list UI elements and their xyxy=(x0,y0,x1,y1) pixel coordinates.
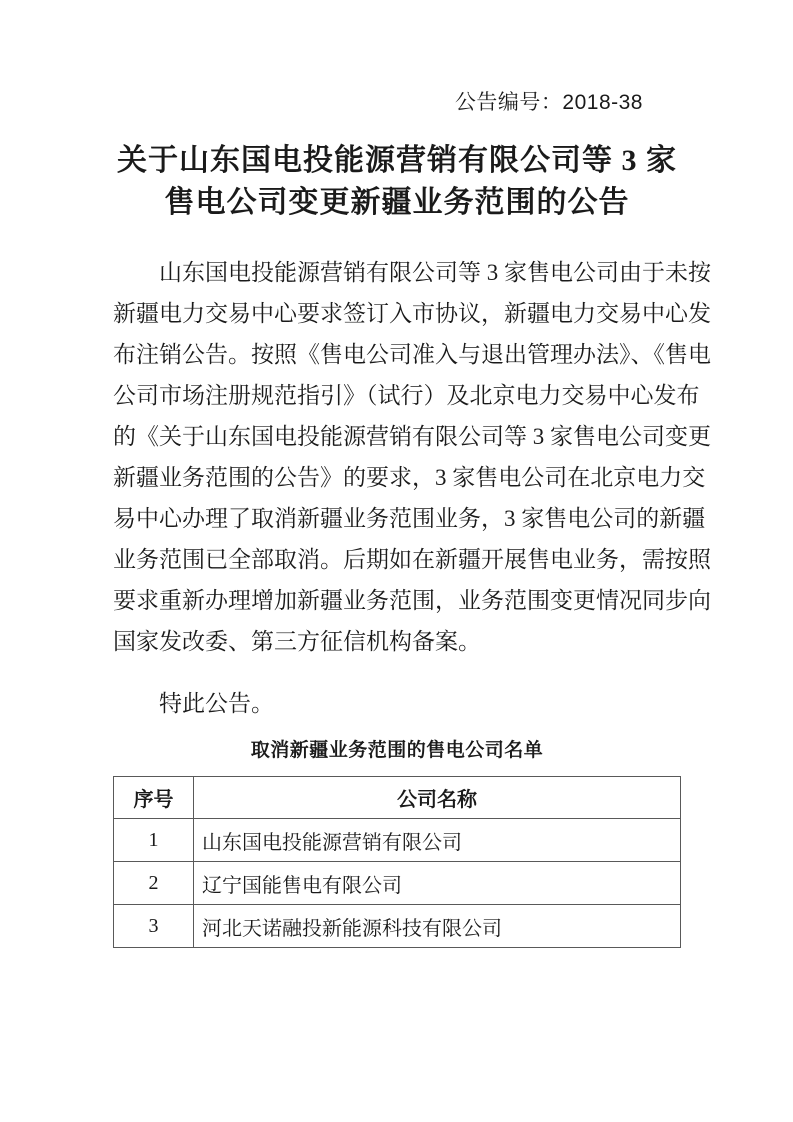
body-line: 易中心办理了取消新疆业务范围业务，3 家售电公司的新疆 xyxy=(113,498,681,539)
body-line: 公司市场注册规范指引》（试行）及北京电力交易中心发布 xyxy=(113,375,681,416)
header-cell-number: 序号 xyxy=(114,777,194,819)
body-line: 要求重新办理增加新疆业务范围，业务范围变更情况同步向 xyxy=(113,580,681,621)
table-row: 1山东国电投能源营销有限公司 xyxy=(114,819,681,862)
row-number-cell: 1 xyxy=(114,819,194,862)
announcement-page: 公告编号：2018-38 关于山东国电投能源营销有限公司等 3 家 售电公司变更… xyxy=(0,0,793,1122)
row-number-cell: 2 xyxy=(114,862,194,905)
page-title-line-1: 关于山东国电投能源营销有限公司等 3 家 xyxy=(113,140,681,182)
company-name-cell: 辽宁国能售电有限公司 xyxy=(194,862,681,905)
table-caption: 取消新疆业务范围的售电公司名单 xyxy=(113,738,681,764)
header-cell-company-name: 公司名称 xyxy=(194,777,681,819)
body-line: 的《关于山东国电投能源营销有限公司等 3 家售电公司变更 xyxy=(113,416,681,457)
company-table: 序号 公司名称 1山东国电投能源营销有限公司2辽宁国能售电有限公司3河北天诺融投… xyxy=(113,776,681,948)
row-number-cell: 3 xyxy=(114,905,194,948)
body-line: 新疆业务范围的公告》的要求，3 家售电公司在北京电力交 xyxy=(113,457,681,498)
page-title-line-2: 售电公司变更新疆业务范围的公告 xyxy=(113,182,681,224)
table-header-row: 序号 公司名称 xyxy=(114,777,681,819)
doc-number: 公告编号：2018-38 xyxy=(113,88,681,118)
table-row: 2辽宁国能售电有限公司 xyxy=(114,862,681,905)
closing-line: 特此公告。 xyxy=(113,683,681,724)
company-table-body: 1山东国电投能源营销有限公司2辽宁国能售电有限公司3河北天诺融投新能源科技有限公… xyxy=(114,819,681,948)
company-table-head: 序号 公司名称 xyxy=(114,777,681,819)
body-line: 山东国电投能源营销有限公司等 3 家售电公司由于未按 xyxy=(113,252,681,293)
body-line: 布注销公告。按照《售电公司准入与退出管理办法》、《售电 xyxy=(113,334,681,375)
body-line: 新疆电力交易中心要求签订入市协议，新疆电力交易中心发 xyxy=(113,293,681,334)
body-line: 国家发改委、第三方征信机构备案。 xyxy=(113,621,681,662)
company-name-cell: 河北天诺融投新能源科技有限公司 xyxy=(194,905,681,948)
page-title: 关于山东国电投能源营销有限公司等 3 家 售电公司变更新疆业务范围的公告 xyxy=(113,140,681,224)
body-line: 业务范围已全部取消。后期如在新疆开展售电业务，需按照 xyxy=(113,539,681,580)
table-row: 3河北天诺融投新能源科技有限公司 xyxy=(114,905,681,948)
body-paragraph: 山东国电投能源营销有限公司等 3 家售电公司由于未按新疆电力交易中心要求签订入市… xyxy=(113,252,681,662)
company-name-cell: 山东国电投能源营销有限公司 xyxy=(194,819,681,862)
